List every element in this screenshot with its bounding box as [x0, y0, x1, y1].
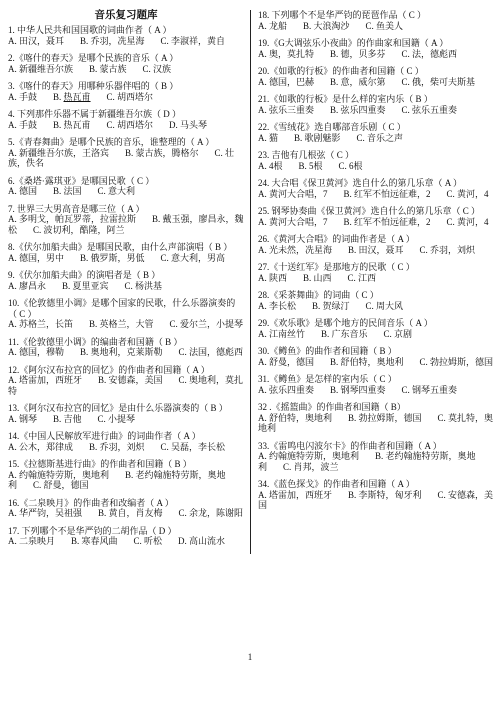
question-options: A. 舒伯特，奥地利B. 勃拉姆斯，德国C. 莫扎特，奥地利: [258, 413, 494, 434]
question-text: 33.《雷鸣电闪波尔卡》的作曲者和国籍（ A ）: [258, 441, 494, 452]
option: C. 胡西塔尔: [107, 120, 154, 130]
question-text: 20.《如歌的行板》的作曲者和国籍（ C ）: [258, 66, 494, 77]
question-options: A. 钢琴B. 吉他C. 小提琴: [8, 414, 244, 425]
question: 27.《十送红军》是那地方的民歌（ C ）A. 陕西B. 山西C. 江西: [258, 262, 494, 283]
question-options: A. 华严钧，吴祖强B. 黄自，肖友梅C. 余龙，陈谢阳: [8, 508, 244, 519]
question: 7. 世界三大男高音是哪三位（ A ）A. 多明戈，帕瓦罗蒂，拉雷拉斯B. 戴玉…: [8, 204, 244, 236]
question: 29.《欢乐歌》是哪个地方的民间音乐（ A ）A. 江南丝竹B. 广东音乐C. …: [258, 318, 494, 339]
questions-column-left: 音乐复习题库 1. 中华人民共和国国歌的词曲作者（ A ）A. 田汉，聂耳B. …: [8, 10, 251, 554]
question: 18. 下列哪个不是华严钧的琵琶作品（ C ）A. 龙船B. 大浪淘沙C. 鱼美…: [258, 10, 494, 31]
option: C. 法，德彪西: [402, 49, 458, 59]
question-options: A. 新疆维吾尔族，王洛宾B. 蒙古族，腾格尔C. 壮族，佚名: [8, 148, 244, 169]
option: C. 弦乐五重奏: [402, 105, 458, 115]
option: A. 德国，男中: [8, 253, 64, 263]
question: 25. 钢琴协奏曲《保卫黄河》选自什么的第几乐章（ C ）A. 黄河大合唱，7B…: [258, 206, 494, 227]
question-text: 12.《阿尔汉布拉宫的回忆》的作曲者和国籍（ A ）: [8, 365, 244, 376]
question-options: A. 德国，男中B. 俄罗斯，男低C. 意大利，男高: [8, 253, 244, 264]
option: B. 吉他: [53, 414, 82, 424]
option: B. 贺绿汀: [312, 301, 350, 311]
option: C. 李淑祥，黄自: [161, 36, 226, 46]
question: 4. 下列那件乐器不属于新疆维吾尔族（ D ）A. 手鼓B. 热瓦甫C. 胡西塔…: [8, 109, 244, 130]
question: 8.《伏尔加船夫曲》是哪国民歌，由什么声部演唱（ B ）A. 德国，男中B. 俄…: [8, 242, 244, 263]
question-text: 30.《鳟鱼》的曲作者和国籍（ B ）: [258, 346, 494, 357]
question: 21.《如歌的行板》是什么样的室内乐（ B ）A. 弦乐三重奏B. 弦乐四重奏C…: [258, 94, 494, 115]
question: 3.《喀什的春天》用哪种乐器伴唱的（ B ）A. 手鼓B. 热瓦甫C. 胡西塔尔: [8, 81, 244, 102]
option: A. 陕西: [258, 273, 287, 283]
option: B. 弦乐四重奏: [330, 105, 386, 115]
option: B. 德，贝多芬: [330, 49, 386, 59]
question: 10.《伦敦德里小调》是哪个国家的民歌，什么乐器演奏的（ C ）A. 苏格兰，长…: [8, 298, 244, 330]
option: B. 田汉，聂耳: [348, 245, 404, 255]
option: B. 热瓦甫: [53, 92, 91, 102]
question-text: 1. 中华人民共和国国歌的词曲作者（ A ）: [8, 25, 244, 36]
question-text: 10.《伦敦德里小调》是哪个国家的民歌，什么乐器演奏的（ C ）: [8, 298, 244, 319]
question-text: 14.《中国人民解放军进行曲》的词曲作者（ A ）: [8, 431, 244, 442]
option: A. 舒曼，德国: [258, 357, 314, 367]
option: B. 广东音乐: [321, 329, 368, 339]
option: A. 廖昌永: [8, 281, 46, 291]
option: A. 李长松: [258, 301, 296, 311]
option: C. 听松: [134, 536, 163, 546]
question-options: A. 黄河大合唱，7B. 红军不怕远征难，2C. 黄河，4: [258, 189, 494, 200]
option: C. 意大利，男高: [161, 253, 226, 263]
question-options: A. 李长松B. 贺绿汀C. 周大风: [258, 301, 494, 312]
option: C. 6根: [339, 161, 363, 171]
question-options: A. 弦乐三重奏B. 弦乐四重奏C. 弦乐五重奏: [258, 105, 494, 116]
option: A. 德国，穆勒: [8, 347, 64, 357]
question-text: 24. 大合唱《保卫黄河》选自什么的第几乐章（ A ）: [258, 178, 494, 189]
option: D. 高山流水: [178, 536, 225, 546]
option: B. 红军不怕远征难，2: [344, 189, 431, 199]
question-text: 29.《欢乐歌》是哪个地方的民间音乐（ A ）: [258, 318, 494, 329]
page-title: 音乐复习题库: [8, 10, 244, 22]
option: C. 小提琴: [98, 414, 136, 424]
question-options: A. 4根B. 5根C. 6根: [258, 161, 494, 172]
option: C. 爱尔兰，小提琴: [170, 319, 244, 329]
option: A. 弦乐三重奏: [258, 105, 314, 115]
option: B. 红军不怕远征难，2: [344, 217, 431, 227]
option: A. 德国，巴赫: [258, 77, 314, 87]
option: B. 寒春风曲: [71, 536, 118, 546]
option: B. 歌剧魅影: [294, 133, 341, 143]
option: B. 意，威尔第: [330, 77, 386, 87]
question: 31.《鳟鱼》是怎样的室内乐（ C ）A. 弦乐四重奏B. 钢琴四重奏C. 钢琴…: [258, 374, 494, 395]
option: D. 马头琴: [169, 120, 207, 130]
question-text: 9.《伏尔加船夫曲》的演唱者是（ B ）: [8, 270, 244, 281]
option: B. 乔羽，刘炽: [89, 442, 145, 452]
question-text: 4. 下列那件乐器不属于新疆维吾尔族（ D ）: [8, 109, 244, 120]
option: C. 胡西塔尔: [107, 92, 154, 102]
option: C. 京剧: [384, 329, 413, 339]
question-text: 5.《青春舞曲》是哪个民族的音乐，谁整理的（ A ）: [8, 137, 244, 148]
option: C. 肖邦，波兰: [283, 462, 339, 472]
question-options: A. 约翰施特劳斯，奥地利B. 老约翰施特劳斯，奥地利C. 肖邦，波兰: [258, 451, 494, 472]
option: A. 华严钧，吴祖强: [8, 508, 82, 518]
option: C. 周大风: [366, 301, 404, 311]
question-options: A. 弦乐四重奏B. 钢琴四重奏C. 钢琴五重奏: [258, 385, 494, 396]
question: 28.《采茶舞曲》的词曲（ C ）A. 李长松B. 贺绿汀C. 周大风: [258, 290, 494, 311]
option: C. 鱼美人: [366, 21, 404, 31]
option: B. 5根: [299, 161, 323, 171]
document-page: 音乐复习题库 1. 中华人民共和国国歌的词曲作者（ A ）A. 田汉，聂耳B. …: [0, 0, 500, 707]
question: 14.《中国人民解放军进行曲》的词曲作者（ A ）A. 公木，郑律成B. 乔羽，…: [8, 431, 244, 452]
question-text: 17. 下列哪个不是华严钧的二胡作品（ D ）: [8, 526, 244, 537]
question: 16.《二泉映月》的作曲者和改编者（ A ）A. 华严钧，吴祖强B. 黄自，肖友…: [8, 498, 244, 519]
option: C. 俄，柴可夫斯基: [402, 77, 476, 87]
option: B. 黄自，肖友梅: [98, 508, 163, 518]
option: A. 多明戈，帕瓦罗蒂，拉雷拉斯: [8, 214, 136, 224]
question-text: 7. 世界三大男高音是哪三位（ A ）: [8, 204, 244, 215]
question-options: A. 陕西B. 山西C. 江西: [258, 273, 494, 284]
option: A. 光未然，冼星海: [258, 245, 332, 255]
option: A. 手鼓: [8, 120, 37, 130]
option: C. 钢琴五重奏: [402, 385, 458, 395]
option: B. 夏里亚宾: [62, 281, 109, 291]
option: A. 黄河大合唱，7: [258, 189, 328, 199]
option: B. 蒙古族，腾格尔: [125, 148, 199, 158]
option: C. 黄河，4: [447, 217, 489, 227]
question-text: 8.《伏尔加船夫曲》是哪国民歌，由什么声部演唱（ B ）: [8, 242, 244, 253]
option: B. 俄罗斯，男低: [80, 253, 145, 263]
option: B. 大浪淘沙: [303, 21, 350, 31]
option: C. 江西: [348, 273, 377, 283]
question: 5.《青春舞曲》是哪个民族的音乐，谁整理的（ A ）A. 新疆维吾尔族，王洛宾B…: [8, 137, 244, 169]
option: A. 田汉，聂耳: [8, 36, 64, 46]
question-text: 18. 下列哪个不是华严钧的琵琶作品（ C ）: [258, 10, 494, 21]
question-text: 26.《黄河大合唱》的词曲作者是（ A ）: [258, 234, 494, 245]
option: C. 勃拉姆斯，德国: [420, 357, 494, 367]
question: 17. 下列哪个不是华严钧的二胡作品（ D ）A. 二泉映月B. 寒春风曲C. …: [8, 526, 244, 547]
question-text: 23. 吉他有几根弦（ C ）: [258, 150, 494, 161]
question: 30.《鳟鱼》的曲作者和国籍（ B ）A. 舒曼，德国B. 舒伯特，奥地利C. …: [258, 346, 494, 367]
option: B. 钢琴四重奏: [330, 385, 386, 395]
option: B. 乔羽，冼星海: [80, 36, 145, 46]
option: B. 法国: [53, 186, 82, 196]
option: A. 约翰施特劳斯，奥地利: [8, 470, 109, 480]
page-number: 1: [0, 652, 500, 663]
question-options: A. 德国，巴赫B. 意，威尔第C. 俄，柴可夫斯基: [258, 77, 494, 88]
question: 2.《喀什的春天》是哪个民族的音乐（ A ）A. 新疆维吾尔族B. 蒙古族C. …: [8, 53, 244, 74]
question-text: 11.《伦敦德里小调》的编曲者和国籍（ B ）: [8, 337, 244, 348]
option: A. 手鼓: [8, 92, 37, 102]
question: 23. 吉他有几根弦（ C ）A. 4根B. 5根C. 6根: [258, 150, 494, 171]
question-options: A. 塔雷加，西班牙B. 李斯特，匈牙利C. 安德森，美国: [258, 490, 494, 511]
option: A. 猫: [258, 133, 278, 143]
option: C. 余龙，陈谢阳: [179, 508, 244, 518]
question-text: 15.《拉德斯基进行曲》的作曲者和国籍（ B ）: [8, 459, 244, 470]
question-text: 2.《喀什的春天》是哪个民族的音乐（ A ）: [8, 53, 244, 64]
option: C. 法国，德彪西: [179, 347, 244, 357]
option: B. 蒙古族: [89, 64, 127, 74]
question-text: 28.《采茶舞曲》的词曲（ C ）: [258, 290, 494, 301]
option: B. 英格兰，大管: [89, 319, 154, 329]
option: C. 波切利，酷隆，阿兰: [33, 225, 125, 235]
question-text: 25. 钢琴协奏曲《保卫黄河》选自什么的第几乐章（ C ）: [258, 206, 494, 217]
question: 6.《桑塔·露琪亚》是哪国民歌（ C ）A. 德国B. 法国C. 意大利: [8, 176, 244, 197]
question-text: 3.《喀什的春天》用哪种乐器伴唱的（ B ）: [8, 81, 244, 92]
question-options: A. 塔雷加，西班牙B. 安德森，美国C. 奥地利，莫扎特: [8, 375, 244, 396]
question: 15.《拉德斯基进行曲》的作曲者和国籍（ B ）A. 约翰施特劳斯，奥地利B. …: [8, 459, 244, 491]
option: B. 奥地利，克莱斯勒: [80, 347, 163, 357]
question-options: A. 德国，穆勒B. 奥地利，克莱斯勒C. 法国，德彪西: [8, 347, 244, 358]
question: 11.《伦敦德里小调》的编曲者和国籍（ B ）A. 德国，穆勒B. 奥地利，克莱…: [8, 337, 244, 358]
question-text: 13.《阿尔汉布拉宫的回忆》是由什么乐器演奏的（ B ）: [8, 403, 244, 414]
question-options: A. 龙船B. 大浪淘沙C. 鱼美人: [258, 21, 494, 32]
option: A. 新疆维吾尔族: [8, 64, 73, 74]
option: A. 龙船: [258, 21, 287, 31]
question-text: 19.《G大调弦乐小夜曲》的作曲家和国籍（ A ）: [258, 38, 494, 49]
question: 33.《雷鸣电闪波尔卡》的作曲者和国籍（ A ）A. 约翰施特劳斯，奥地利B. …: [258, 441, 494, 473]
question-options: A. 新疆维吾尔族B. 蒙古族C. 汉族: [8, 64, 244, 75]
option: A. 黄河大合唱，7: [258, 217, 328, 227]
question-options: A. 廖昌永B. 夏里亚宾C. 杨洪基: [8, 281, 244, 292]
question-text: 27.《十送红军》是那地方的民歌（ C ）: [258, 262, 494, 273]
question: 19.《G大调弦乐小夜曲》的作曲家和国籍（ A ）A. 奥，莫扎特B. 德，贝多…: [258, 38, 494, 59]
question: 12.《阿尔汉布拉宫的回忆》的作曲者和国籍（ A ）A. 塔雷加，西班牙B. 安…: [8, 365, 244, 397]
option: B. 舒伯特，奥地利: [330, 357, 404, 367]
option: C. 乔羽，刘炽: [420, 245, 476, 255]
option: A. 舒伯特，奥地利: [258, 413, 332, 423]
question: 13.《阿尔汉布拉宫的回忆》是由什么乐器演奏的（ B ）A. 钢琴B. 吉他C.…: [8, 403, 244, 424]
option: A. 苏格兰，长笛: [8, 319, 73, 329]
question-options: A. 田汉，聂耳B. 乔羽，冼星海C. 李淑祥，黄自: [8, 36, 244, 47]
question-text: 32 .《摇篮曲》的作曲者和国籍（ B）: [258, 402, 494, 413]
question-options: A. 舒曼，德国B. 舒伯特，奥地利C. 勃拉姆斯，德国: [258, 357, 494, 368]
question-text: 16.《二泉映月》的作曲者和改编者（ A ）: [8, 498, 244, 509]
option: A. 弦乐四重奏: [258, 385, 314, 395]
option: B. 热瓦甫: [53, 120, 91, 130]
question: 34.《蓝色探戈》的作曲者和国籍（ A ）A. 塔雷加，西班牙B. 李斯特，匈牙…: [258, 479, 494, 511]
option: B. 李斯特，匈牙利: [348, 490, 422, 500]
question-text: 31.《鳟鱼》是怎样的室内乐（ C ）: [258, 374, 494, 385]
question: 26.《黄河大合唱》的词曲作者是（ A ）A. 光未然，冼星海B. 田汉，聂耳C…: [258, 234, 494, 255]
question-options: A. 多明戈，帕瓦罗蒂，拉雷拉斯B. 戴玉强，廖昌永，魏松C. 波切利，酷隆，阿…: [8, 214, 244, 235]
questions-column-right: 18. 下列哪个不是华严钧的琵琶作品（ C ）A. 龙船B. 大浪淘沙C. 鱼美…: [251, 10, 494, 554]
option: A. 钢琴: [8, 414, 37, 424]
question-options: A. 手鼓B. 热瓦甫C. 胡西塔尔D. 马头琴: [8, 120, 244, 131]
question-text: 21.《如歌的行板》是什么样的室内乐（ B ）: [258, 94, 494, 105]
question: 24. 大合唱《保卫黄河》选自什么的第几乐章（ A ）A. 黄河大合唱，7B. …: [258, 178, 494, 199]
question-options: A. 二泉映月B. 寒春风曲C. 听松D. 高山流水: [8, 536, 244, 547]
question: 20.《如歌的行板》的作曲者和国籍（ C ）A. 德国，巴赫B. 意，威尔第C.…: [258, 66, 494, 87]
option: A. 奥，莫扎特: [258, 49, 314, 59]
option: C. 汉族: [143, 64, 172, 74]
option: C. 舒曼，德国: [33, 480, 89, 490]
question: 32 .《摇篮曲》的作曲者和国籍（ B）A. 舒伯特，奥地利B. 勃拉姆斯，德国…: [258, 402, 494, 434]
question: 1. 中华人民共和国国歌的词曲作者（ A ）A. 田汉，聂耳B. 乔羽，冼星海C…: [8, 25, 244, 46]
option: A. 公木，郑律成: [8, 442, 73, 452]
question-options: A. 黄河大合唱，7B. 红军不怕远征难，2C. 黄河，4: [258, 217, 494, 228]
question: 9.《伏尔加船夫曲》的演唱者是（ B ）A. 廖昌永B. 夏里亚宾C. 杨洪基: [8, 270, 244, 291]
option: A. 4根: [258, 161, 283, 171]
option: A. 塔雷加，西班牙: [258, 490, 332, 500]
option: C. 意大利: [98, 186, 136, 196]
question: 22.《雪绒花》选自哪部音乐剧（ C ）A. 猫B. 歌剧魅影C. 音乐之声: [258, 122, 494, 143]
question-options: A. 德国B. 法国C. 意大利: [8, 186, 244, 197]
question-options: A. 光未然，冼星海B. 田汉，聂耳C. 乔羽，刘炽: [258, 245, 494, 256]
option: B. 安德森，美国: [98, 375, 163, 385]
question-options: A. 奥，莫扎特B. 德，贝多芬C. 法，德彪西: [258, 49, 494, 60]
question-options: A. 苏格兰，长笛B. 英格兰，大管C. 爱尔兰，小提琴: [8, 319, 244, 330]
option: A. 塔雷加，西班牙: [8, 375, 82, 385]
option: A. 新疆维吾尔族，王洛宾: [8, 148, 109, 158]
question-options: A. 猫B. 歌剧魅影C. 音乐之声: [258, 133, 494, 144]
question-options: A. 约翰施特劳斯，奥地利B. 老约翰施特劳斯，奥地利C. 舒曼，德国: [8, 470, 244, 491]
question-text: 6.《桑塔·露琪亚》是哪国民歌（ C ）: [8, 176, 244, 187]
question-options: A. 公木，郑律成B. 乔羽，刘炽C. 吴磊，李长松: [8, 442, 244, 453]
option: C. 音乐之声: [357, 133, 404, 143]
question-text: 34.《蓝色探戈》的作曲者和国籍（ A ）: [258, 479, 494, 490]
question-options: A. 手鼓B. 热瓦甫C. 胡西塔尔: [8, 92, 244, 103]
option: B. 山西: [303, 273, 332, 283]
option: C. 杨洪基: [125, 281, 163, 291]
option: A. 二泉映月: [8, 536, 55, 546]
two-column-layout: 音乐复习题库 1. 中华人民共和国国歌的词曲作者（ A ）A. 田汉，聂耳B. …: [8, 10, 494, 554]
option: B. 勃拉姆斯，德国: [348, 413, 422, 423]
question-text: 22.《雪绒花》选自哪部音乐剧（ C ）: [258, 122, 494, 133]
option: A. 德国: [8, 186, 37, 196]
question-options: A. 江南丝竹B. 广东音乐C. 京剧: [258, 329, 494, 340]
option: C. 黄河，4: [447, 189, 489, 199]
option: C. 吴磊，李长松: [161, 442, 226, 452]
option: A. 约翰施特劳斯，奥地利: [258, 451, 359, 461]
option: A. 江南丝竹: [258, 329, 305, 339]
